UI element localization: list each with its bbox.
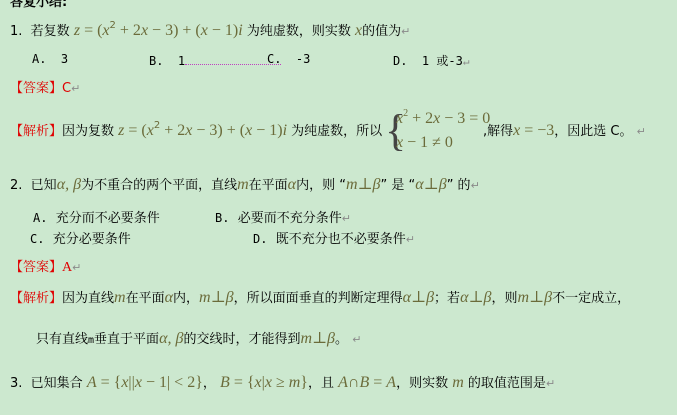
analysis-1-conclusion: ,解得x = −3，因此选 C。 ↵ (483, 120, 646, 140)
option-b[interactable]: B. 必要而不充分条件↵ (215, 207, 351, 226)
paragraph-mark-icon: ↵ (463, 55, 470, 68)
option-d[interactable]: D. 1 或-3↵ (393, 52, 469, 69)
paragraph-mark-icon: ↵ (637, 125, 646, 138)
question-text: 若复数 (31, 24, 70, 39)
paragraph-mark-icon: ↵ (352, 333, 361, 346)
question-text: 为纯虚数，则实数 (247, 24, 351, 39)
question-number: 3. (10, 376, 22, 391)
answer-value: A (62, 260, 72, 275)
paragraph-mark-icon: ↵ (546, 377, 555, 390)
section-heading-cut: 答复小结: (10, 0, 67, 10)
analysis-2-line-2: 只有直线m垂直于平面α, β的交线时，才能得到m⊥β。 ↵ (36, 328, 361, 348)
answer-1: 【答案】C↵ (10, 77, 80, 96)
system-line-2: x − 1 ≠ 0 (396, 134, 453, 152)
question-text: 的值为 (362, 24, 401, 39)
answer-value: C (62, 81, 71, 96)
paragraph-mark-icon: ↵ (71, 82, 80, 95)
option-a[interactable]: A. 充分而不必要条件 (33, 207, 160, 226)
option-a[interactable]: A. 3 (32, 52, 68, 66)
option-c[interactable]: C. 充分必要条件 (30, 228, 131, 247)
question-3: 3. 已知集合 A = {x||x − 1| < 2}， B = {x|x ≥ … (10, 372, 555, 392)
question-2: 2. 已知α, β为不重合的两个平面，直线m在平面α内，则 “m⊥β” 是 “α… (10, 174, 480, 194)
option-d[interactable]: D. 既不充分也不必要条件↵ (253, 228, 415, 247)
analysis-2-line-1: 【解析】因为直线m在平面α内，m⊥β，所以面面垂直的判断定理得α⊥β；若α⊥β，… (10, 287, 630, 307)
paragraph-mark-icon: ↵ (401, 25, 410, 38)
question-number: 1. (10, 24, 22, 39)
paragraph-mark-icon: ↵ (342, 212, 351, 225)
answer-2: 【答案】A↵ (10, 256, 81, 276)
option-c[interactable]: C. -3 (267, 52, 310, 66)
option-b[interactable]: B. 1 (149, 52, 281, 68)
paragraph-mark-icon: ↵ (406, 233, 415, 246)
paragraph-mark-icon: ↵ (471, 179, 480, 192)
question-1: 1. 若复数 z = (x2 + 2x − 3) + (x − 1)i 为纯虚数… (10, 20, 410, 40)
variable: x (355, 22, 362, 39)
question-number: 2. (10, 178, 22, 193)
analysis-1: 【解析】因为复数 z = (x2 + 2x − 3) + (x − 1)i 为纯… (10, 120, 382, 140)
paragraph-mark-icon: ↵ (72, 261, 81, 274)
system-line-1: x2 + 2x − 3 = 0 (396, 108, 490, 128)
